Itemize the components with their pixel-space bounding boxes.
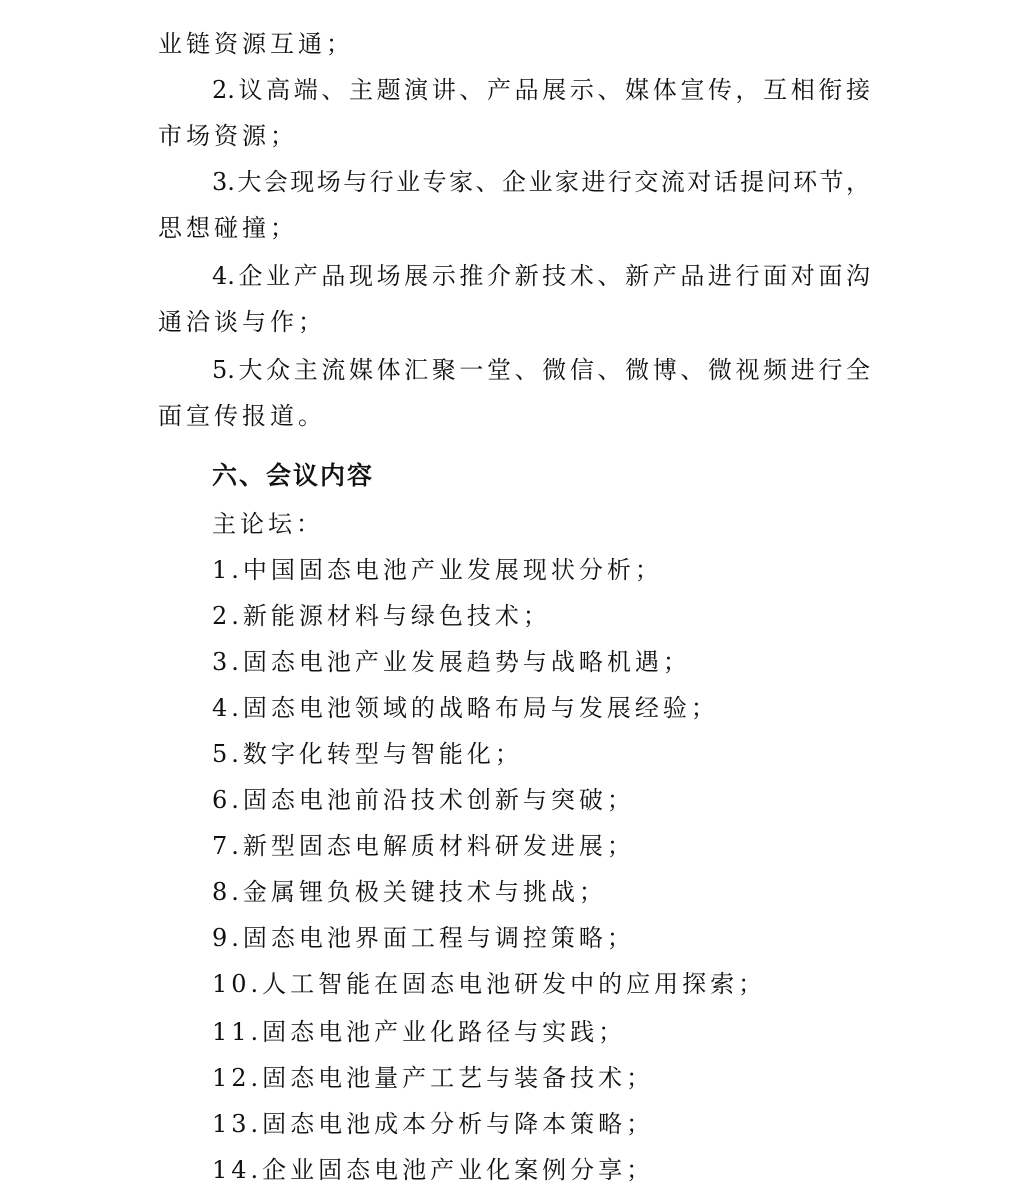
text-line: 思想碰撞； xyxy=(158,208,298,248)
topic-item: 1.中国固态电池产业发展现状分析； xyxy=(212,550,663,590)
topic-item: 7.新型固态电解质材料研发进展； xyxy=(212,826,635,866)
topic-item: 13.固态电池成本分析与降本策略； xyxy=(212,1104,654,1144)
text-line: 业链资源互通； xyxy=(158,24,354,64)
text-line: 通洽谈与作； xyxy=(158,302,326,342)
topic-item: 11.固态电池产业化路径与实践； xyxy=(212,1012,626,1052)
topic-item: 10.人工智能在固态电池研发中的应用探索； xyxy=(212,964,766,1004)
topic-item: 12.固态电池量产工艺与装备技术； xyxy=(212,1058,654,1098)
topic-item: 8.金属锂负极关键技术与挑战； xyxy=(212,872,607,912)
list-item-3: 3.大会现场与行业专家、企业家进行交流对话提问环节， xyxy=(212,162,870,202)
section-heading: 六、会议内容 xyxy=(212,456,374,496)
topic-item: 2.新能源材料与绿色技术； xyxy=(212,596,551,636)
topic-item: 5.数字化转型与智能化； xyxy=(212,734,523,774)
text-line: 市场资源； xyxy=(158,116,298,156)
topic-item: 6.固态电池前沿技术创新与突破； xyxy=(212,780,635,820)
list-item-5: 5.大众主流媒体汇聚一堂、微信、微博、微视频进行全 xyxy=(212,350,870,390)
topic-item: 14.企业固态电池产业化案例分享； xyxy=(212,1150,654,1190)
topic-item: 4.固态电池领域的战略布局与发展经验； xyxy=(212,688,719,728)
list-item-4: 4.企业产品现场展示推介新技术、新产品进行面对面沟 xyxy=(212,256,870,296)
subheading-main-forum: 主论坛： xyxy=(212,504,324,544)
list-item-2: 2.议高端、主题演讲、产品展示、媒体宣传，互相衔接 xyxy=(212,70,870,110)
text-line: 面宣传报道。 xyxy=(158,396,326,436)
topic-item: 9.固态电池界面工程与调控策略； xyxy=(212,918,635,958)
topic-item: 3.固态电池产业发展趋势与战略机遇； xyxy=(212,642,691,682)
